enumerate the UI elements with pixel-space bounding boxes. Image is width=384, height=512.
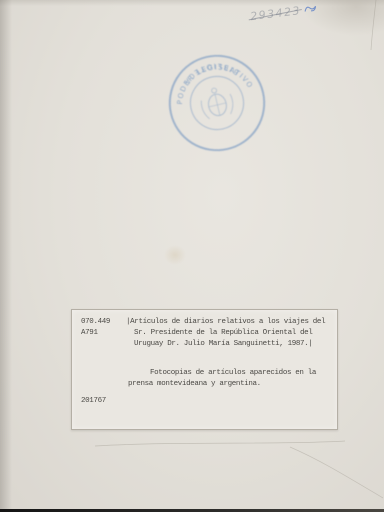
stamp-bottom-text: BIBLIOTECA	[178, 56, 242, 90]
call-number-cutter: A791	[81, 328, 110, 339]
title-line: Sr. Presidente de la República Oriental …	[126, 328, 334, 339]
title-line: |Artículos de diarios relativos a los vi…	[126, 317, 334, 328]
title-line: Uruguay Dr. Julio María Sanguinetti, 198…	[126, 339, 334, 350]
coat-of-arms-icon	[198, 85, 235, 120]
catalog-title: |Artículos de diarios relativos a los vi…	[126, 317, 334, 350]
accession-number: 201767	[81, 396, 106, 407]
library-stamp: PODER LEGISLATIVO BIBLIOTECA	[146, 32, 288, 174]
call-number-class: 070.449	[81, 317, 110, 328]
paper-stain	[164, 245, 186, 265]
scan-edge-left	[0, 0, 12, 512]
scanned-page: 293423 PODER LEGISLATIVO BIBLIOTECA 070.…	[0, 0, 384, 512]
catalog-note: Fotocopias de artículos aparecidos en la…	[126, 368, 334, 390]
catalog-label: 070.449 A791 |Artículos de diarios relat…	[71, 309, 338, 430]
pencil-number: 293423	[250, 4, 302, 23]
call-number: 070.449 A791	[81, 317, 110, 339]
blue-ink-mark-icon	[302, 2, 318, 16]
note-line: prensa montevideana y argentina.	[126, 379, 334, 390]
note-line: Fotocopias de artículos aparecidos en la	[126, 368, 334, 379]
